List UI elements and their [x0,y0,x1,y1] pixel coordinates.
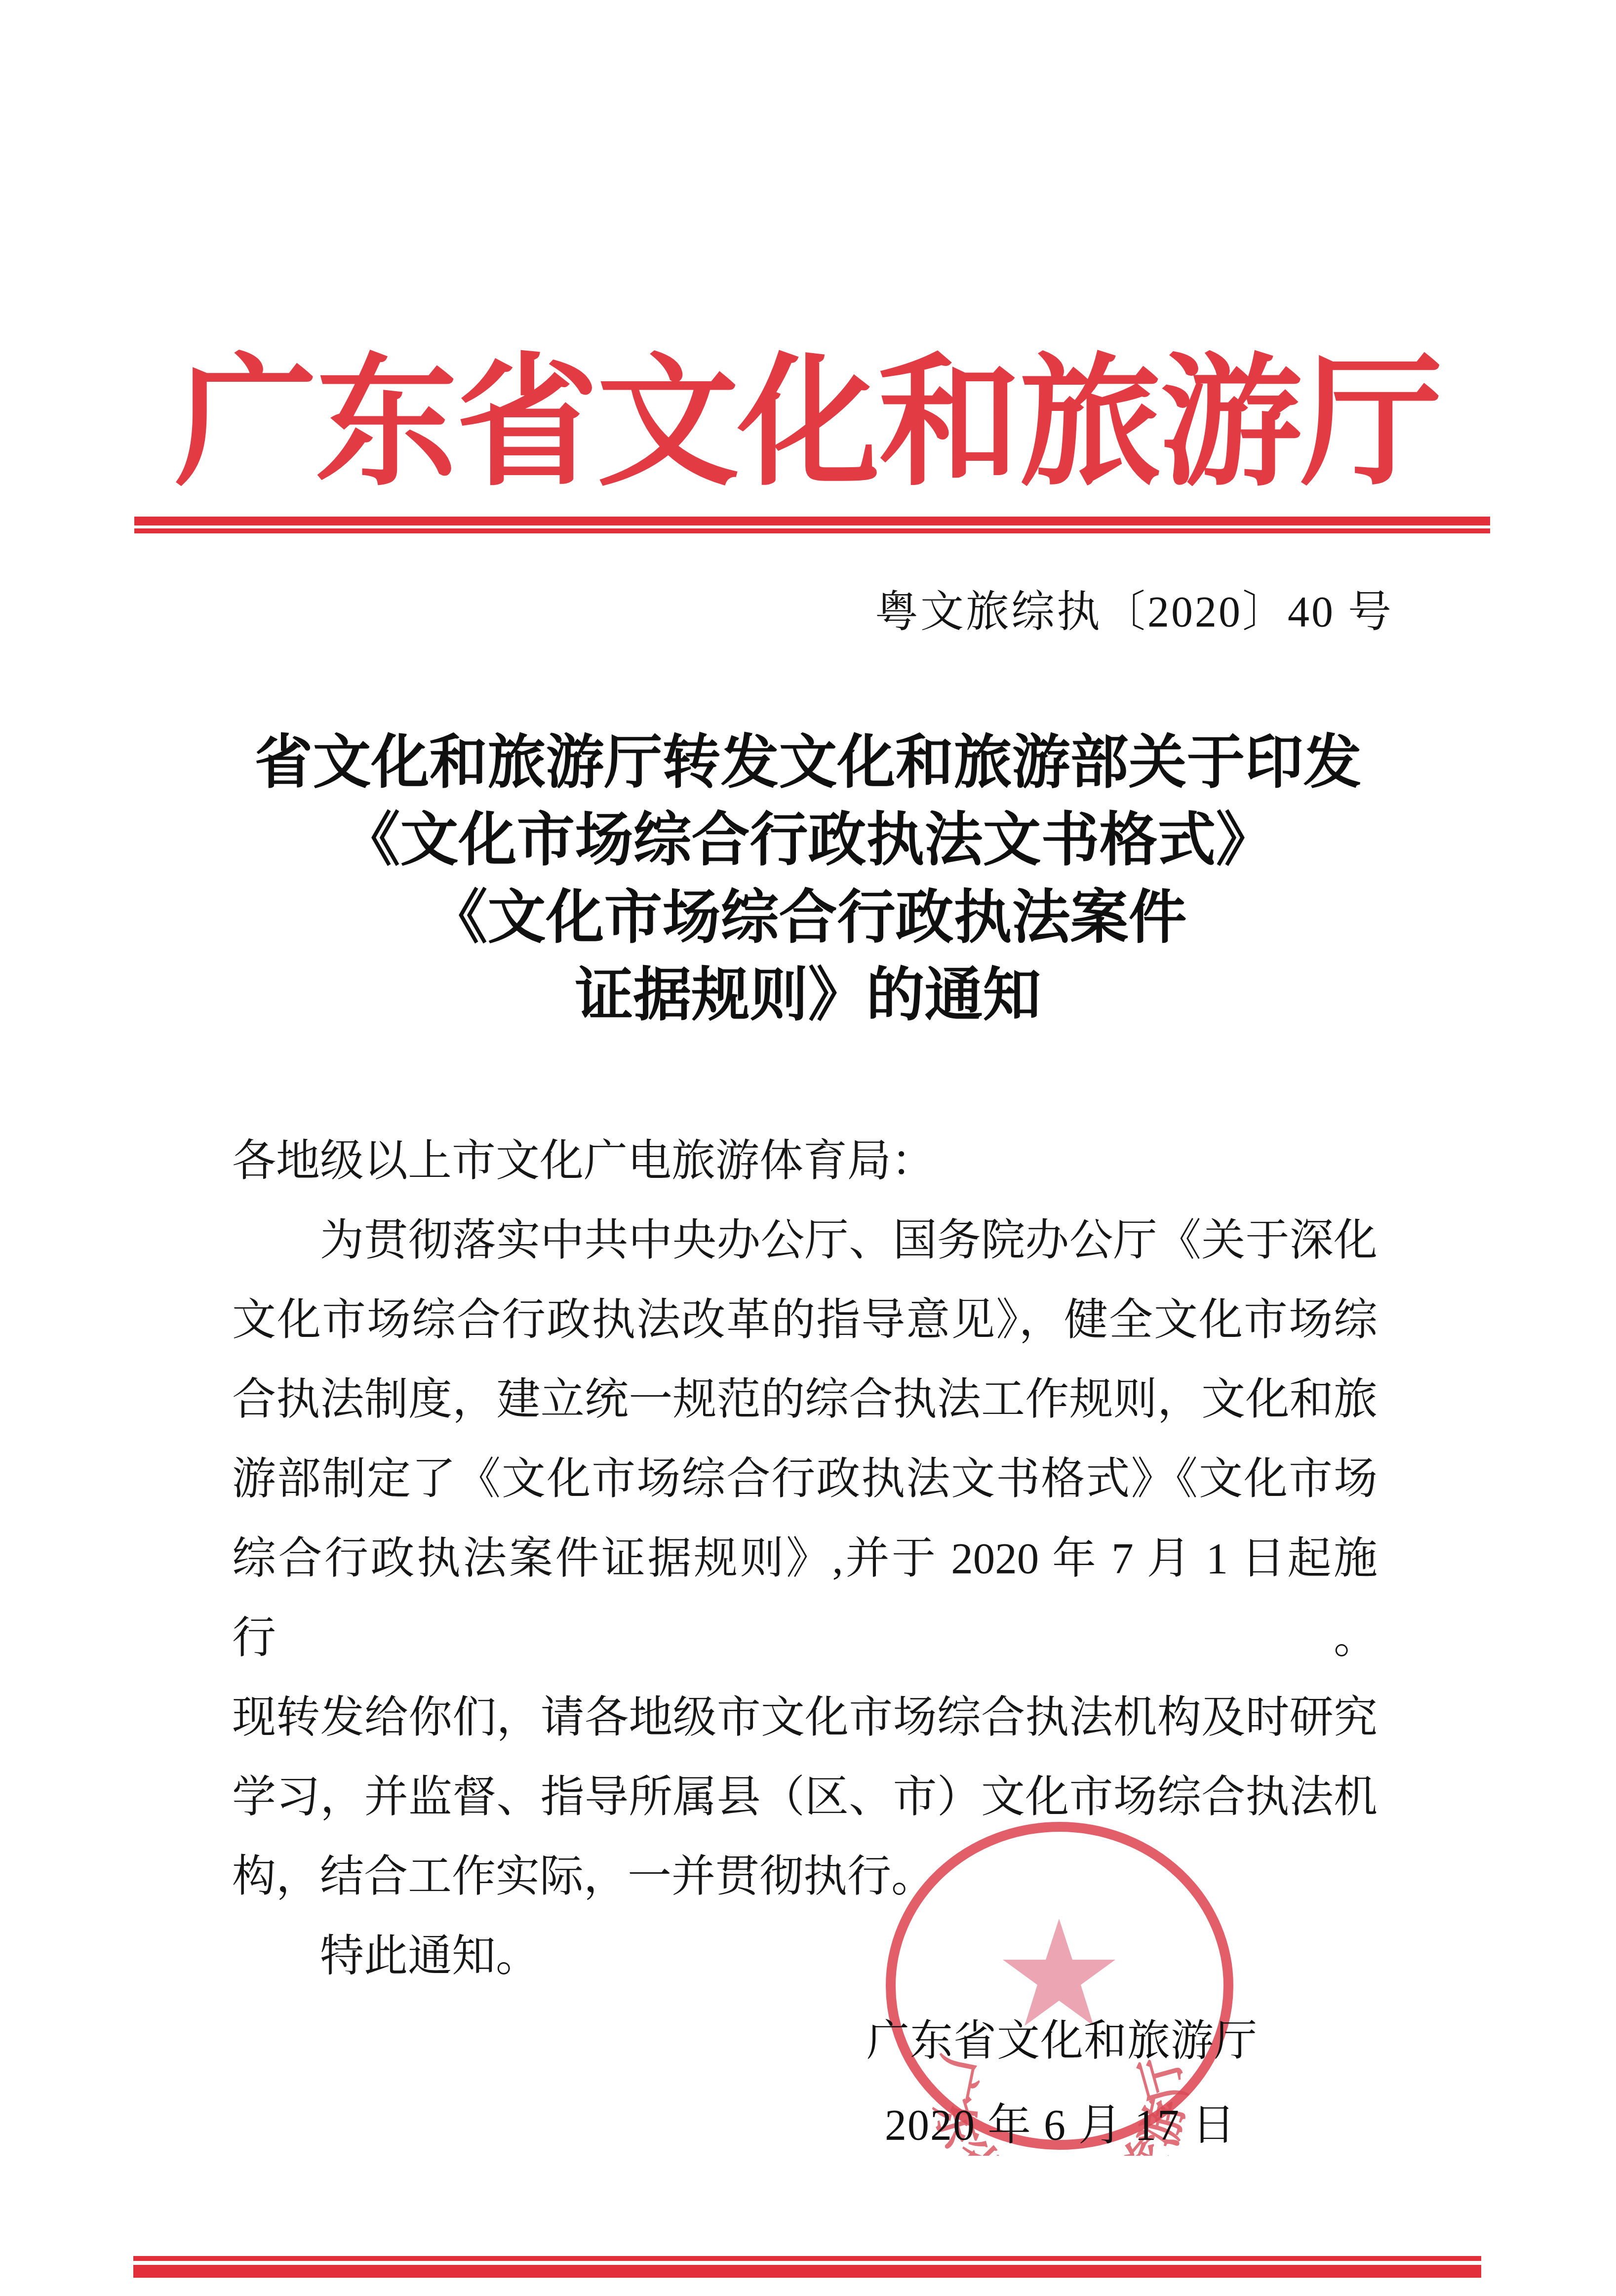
signature-agency: 广东省文化和旅游厅 [867,2006,1258,2068]
title-line-1: 省文化和旅游厅转发文化和旅游部关于印发 [0,724,1616,802]
title-line-4: 证据规则》的通知 [0,957,1616,1034]
footer-rules [133,2256,1481,2278]
body-line: 综合行政执法案件证据规则》,并于 2020 年 7 月 1 日起施行。 [232,1519,1378,1678]
footer-rule-thin [133,2256,1481,2261]
header-rules [134,517,1490,533]
document-page: 广东省文化和旅游厅 粤文旅综执〔2020〕40 号 省文化和旅游厅转发文化和旅游… [0,0,1616,2296]
body-line: 现转发给你们，请各地级市文化市场综合执法机构及时研究 [232,1678,1378,1758]
header-rule-thick [134,517,1490,525]
header-rule-thin [134,528,1490,533]
signature-date: 2020 年 6 月 17 日 [885,2090,1236,2152]
body-line: 游部制定了《文化市场综合行政执法文书格式》《文化市场 [232,1440,1378,1519]
document-title: 省文化和旅游厅转发文化和旅游部关于印发 《文化市场综合行政执法文书格式》 《文化… [0,724,1616,1034]
salutation: 各地级以上市文化广电旅游体育局： [232,1122,1378,1201]
issuing-agency-name: 广东省文化和旅游厅 [0,353,1616,495]
title-line-3: 《文化市场综合行政执法案件 [0,879,1616,957]
document-number: 粤文旅综执〔2020〕40 号 [875,577,1393,639]
title-line-2: 《文化市场综合行政执法文书格式》 [0,802,1616,879]
footer-rule-thick [133,2265,1481,2278]
body-line: 文化市场综合行政执法改革的指导意见》，健全文化市场综 [232,1281,1378,1360]
body-line: 为贯彻落实中共中央办公厅、国务院办公厅《关于深化 [232,1201,1378,1281]
body-line: 合执法制度，建立统一规范的综合执法工作规则，文化和旅 [232,1360,1378,1440]
